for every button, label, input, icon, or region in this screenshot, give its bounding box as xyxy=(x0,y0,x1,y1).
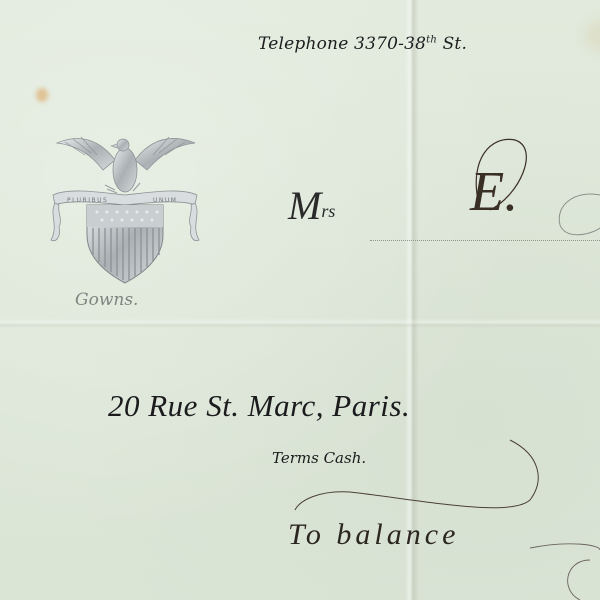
payment-terms: Terms Cash. xyxy=(272,449,366,467)
handwriting-flourishes-icon xyxy=(0,0,600,600)
business-address: 20 Rue St. Marc, Paris. xyxy=(108,388,410,424)
handwritten-line-item: To balance xyxy=(288,518,459,552)
